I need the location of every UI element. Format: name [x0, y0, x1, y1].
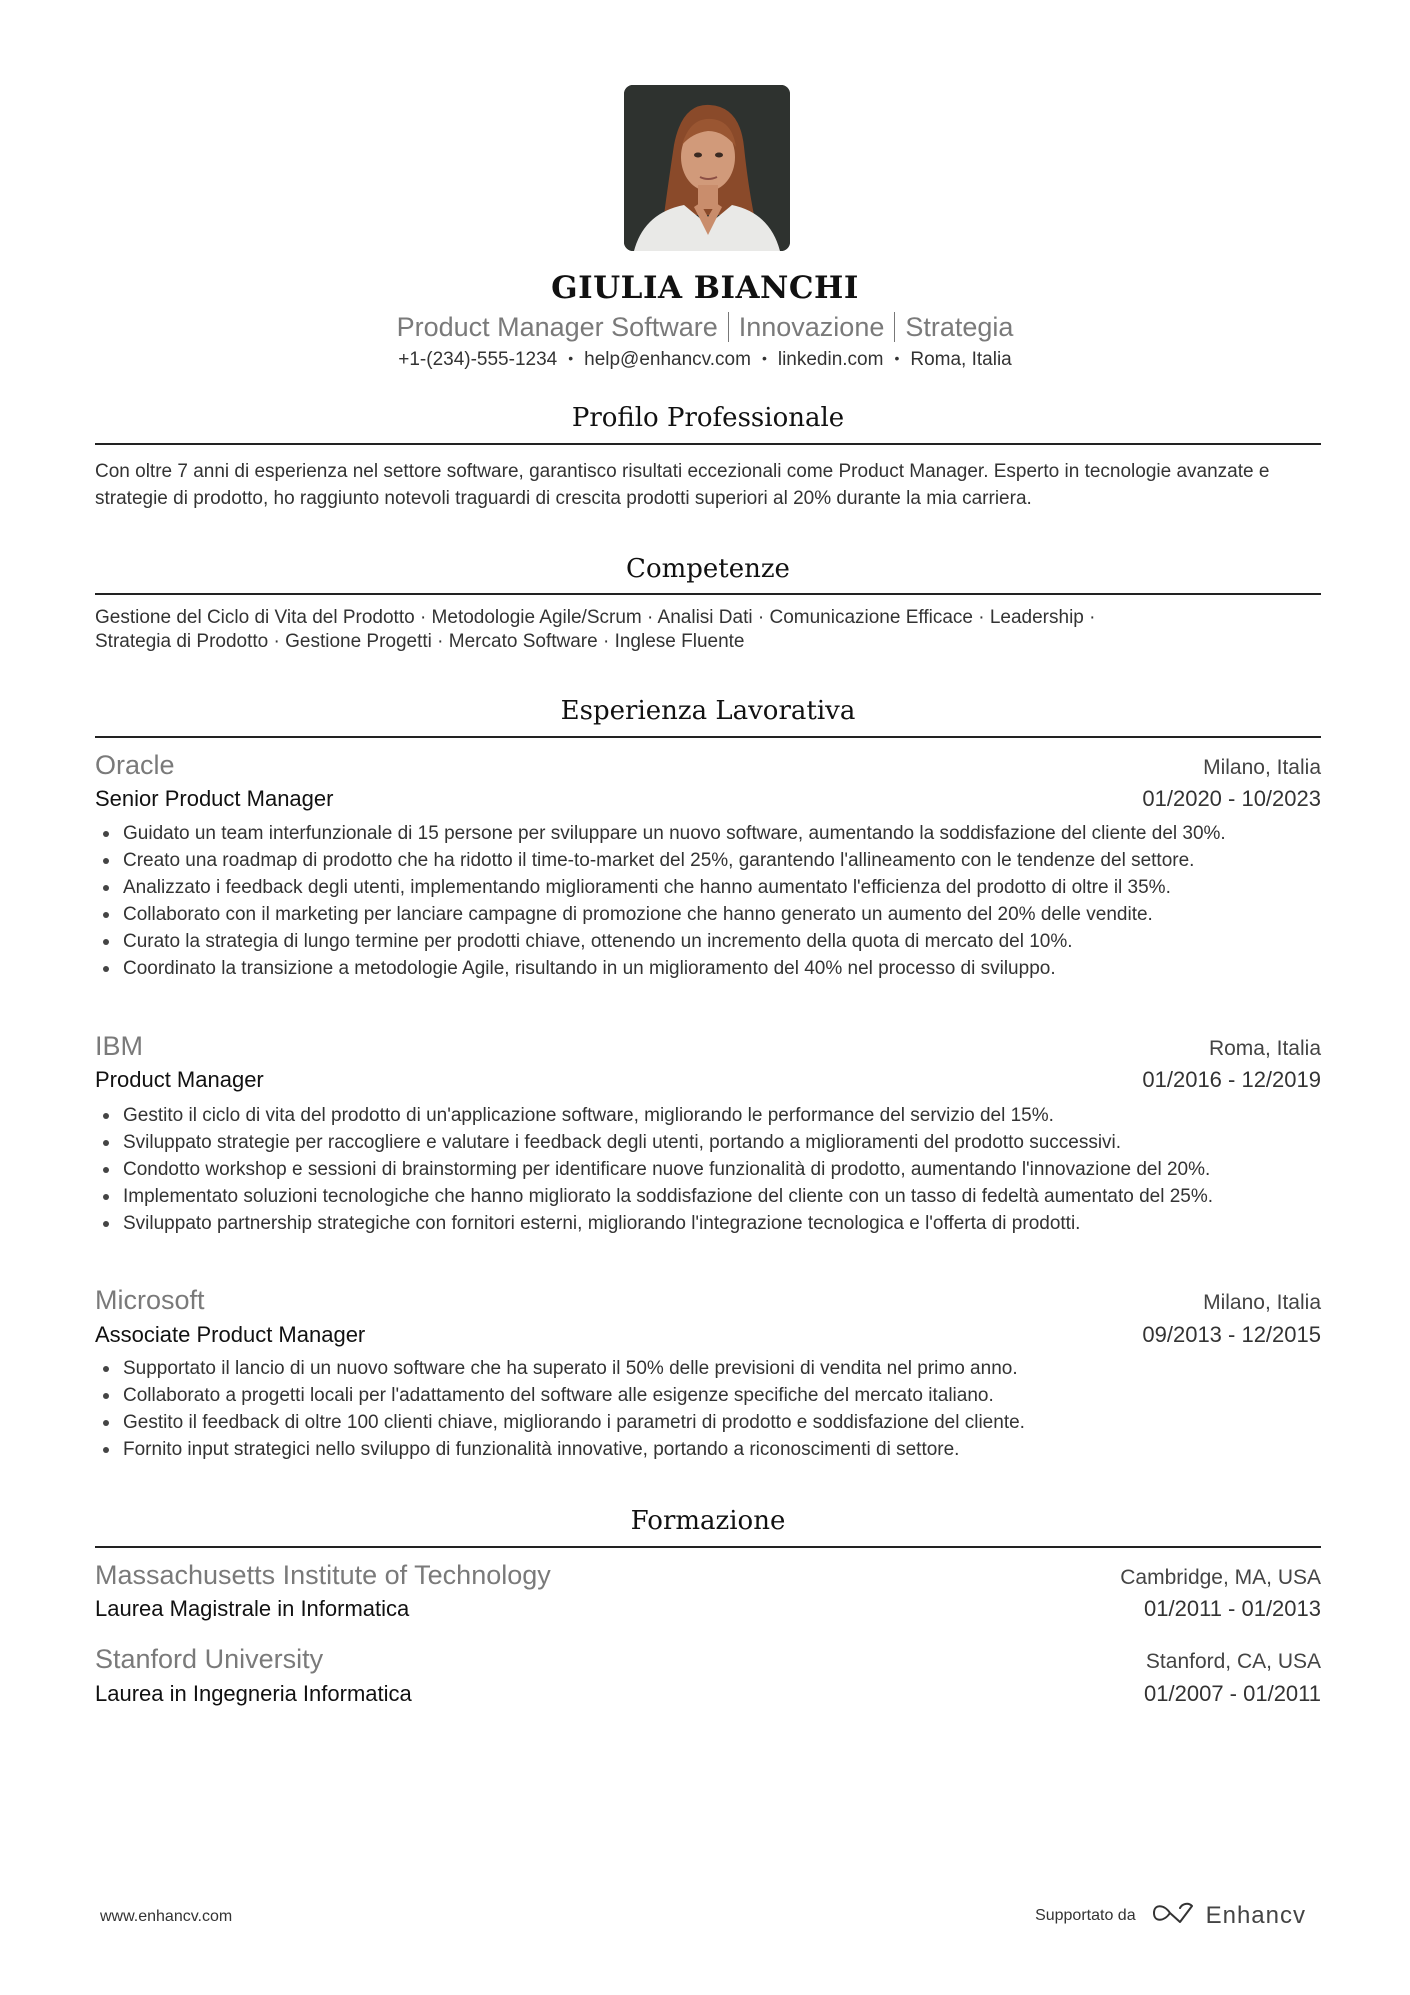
job-role: Associate Product Manager: [95, 1320, 365, 1350]
job-dates: 09/2013 - 12/2015: [1142, 1320, 1321, 1350]
job-bullet: Gestito il feedback di oltre 100 clienti…: [95, 1409, 1321, 1436]
job-location: Roma, Italia: [1209, 1034, 1321, 1064]
job-bullet: Creato una roadmap di prodotto che ha ri…: [95, 847, 1321, 874]
section-title-experience: Esperienza Lavorativa: [95, 694, 1321, 728]
job-bullet: Implementato soluzioni tecnologiche che …: [95, 1183, 1321, 1210]
contact-info: +1-(234)-555-1234•help@enhancv.com•linke…: [0, 345, 1410, 373]
job-bullet: Fornito input strategici nello sviluppo …: [95, 1436, 1321, 1463]
section-title-summary: Profilo Professionale: [95, 401, 1321, 435]
job-bullet: Collaborato con il marketing per lanciar…: [95, 901, 1321, 928]
headline-focus-2: Strategia: [905, 312, 1013, 342]
job-bullet: Coordinato la transizione a metodologie …: [95, 955, 1321, 982]
skills-line: Gestione del Ciclo di Vita del Prodotto …: [95, 606, 1321, 630]
contact-phone[interactable]: +1-(234)-555-1234: [398, 349, 557, 370]
job-bullets: Supportato il lancio di un nuovo softwar…: [95, 1355, 1321, 1463]
education-subheader: Laurea Magistrale in Informatica 01/2011…: [95, 1594, 1321, 1624]
section-divider: [95, 443, 1321, 445]
candidate-name: GIULIA BIANCHI: [0, 268, 1410, 308]
job-bullet: Guidato un team interfunzionale di 15 pe…: [95, 820, 1321, 847]
education-location: Stanford, CA, USA: [1146, 1647, 1321, 1677]
job-location: Milano, Italia: [1203, 753, 1321, 783]
enhancv-logo-icon: [1150, 1900, 1196, 1931]
headline-role: Product Manager Software: [397, 312, 718, 342]
education-location: Cambridge, MA, USA: [1120, 1563, 1321, 1593]
job-bullets: Guidato un team interfunzionale di 15 pe…: [95, 820, 1321, 982]
job-header: IBM Roma, Italia: [95, 1029, 1321, 1064]
resume-page: GIULIA BIANCHI Product Manager SoftwareI…: [0, 0, 1410, 1995]
skills-line: Strategia di Prodotto · Gestione Progett…: [95, 630, 1321, 654]
skills-list: Gestione del Ciclo di Vita del Prodotto …: [95, 606, 1321, 654]
job-bullet: Collaborato a progetti locali per l'adat…: [95, 1382, 1321, 1409]
profile-photo: [624, 85, 790, 251]
footer-website-link[interactable]: www.enhancv.com: [100, 1908, 232, 1926]
education-school: Stanford University: [95, 1642, 323, 1676]
job-bullet: Gestito il ciclo di vita del prodotto di…: [95, 1102, 1321, 1129]
bullet-separator: •: [894, 350, 899, 366]
headline-separator: [728, 312, 729, 342]
job-bullet: Analizzato i feedback degli utenti, impl…: [95, 874, 1321, 901]
headline-separator: [894, 312, 895, 342]
job-company: Oracle: [95, 748, 175, 782]
job-company: IBM: [95, 1029, 143, 1063]
brand-name: Enhancv: [1206, 1902, 1306, 1930]
education-degree: Laurea Magistrale in Informatica: [95, 1594, 409, 1624]
job-bullet: Sviluppato partnership strategiche con f…: [95, 1210, 1321, 1237]
job-company: Microsoft: [95, 1283, 205, 1317]
job-bullets: Gestito il ciclo di vita del prodotto di…: [95, 1102, 1321, 1237]
contact-email[interactable]: help@enhancv.com: [584, 349, 751, 370]
section-divider: [95, 736, 1321, 738]
education-header: Massachusetts Institute of Technology Ca…: [95, 1558, 1321, 1593]
summary-text: Con oltre 7 anni di esperienza nel setto…: [95, 458, 1321, 512]
education-dates: 01/2007 - 01/2011: [1144, 1679, 1321, 1709]
education-header: Stanford University Stanford, CA, USA: [95, 1642, 1321, 1677]
job-bullet: Curato la strategia di lungo termine per…: [95, 928, 1321, 955]
job-bullet: Condotto workshop e sessioni di brainsto…: [95, 1156, 1321, 1183]
headline: Product Manager SoftwareInnovazioneStrat…: [0, 309, 1410, 345]
section-title-education: Formazione: [95, 1504, 1321, 1538]
bullet-separator: •: [762, 350, 767, 366]
section-divider: [95, 593, 1321, 595]
section-title-skills: Competenze: [95, 552, 1321, 586]
job-subheader: Product Manager 01/2016 - 12/2019: [95, 1065, 1321, 1095]
job-header: Microsoft Milano, Italia: [95, 1283, 1321, 1318]
job-subheader: Associate Product Manager 09/2013 - 12/2…: [95, 1320, 1321, 1350]
job-dates: 01/2016 - 12/2019: [1142, 1065, 1321, 1095]
job-header: Oracle Milano, Italia: [95, 748, 1321, 783]
section-divider: [95, 1546, 1321, 1548]
bullet-separator: •: [568, 350, 573, 366]
education-degree: Laurea in Ingegneria Informatica: [95, 1679, 412, 1709]
contact-linkedin[interactable]: linkedin.com: [778, 349, 884, 370]
job-location: Milano, Italia: [1203, 1288, 1321, 1318]
avatar-portrait-icon: [624, 85, 790, 251]
education-dates: 01/2011 - 01/2013: [1144, 1594, 1321, 1624]
job-bullet: Supportato il lancio di un nuovo softwar…: [95, 1355, 1321, 1382]
job-role: Senior Product Manager: [95, 784, 333, 814]
education-subheader: Laurea in Ingegneria Informatica 01/2007…: [95, 1679, 1321, 1709]
powered-by-label: Supportato da: [1035, 1907, 1136, 1925]
job-bullet: Sviluppato strategie per raccogliere e v…: [95, 1129, 1321, 1156]
job-role: Product Manager: [95, 1065, 264, 1095]
job-subheader: Senior Product Manager 01/2020 - 10/2023: [95, 784, 1321, 814]
headline-focus-1: Innovazione: [739, 312, 885, 342]
education-school: Massachusetts Institute of Technology: [95, 1558, 551, 1592]
footer-branding[interactable]: Supportato da Enhancv: [1035, 1900, 1306, 1931]
job-dates: 01/2020 - 10/2023: [1142, 784, 1321, 814]
contact-location: Roma, Italia: [910, 349, 1011, 370]
